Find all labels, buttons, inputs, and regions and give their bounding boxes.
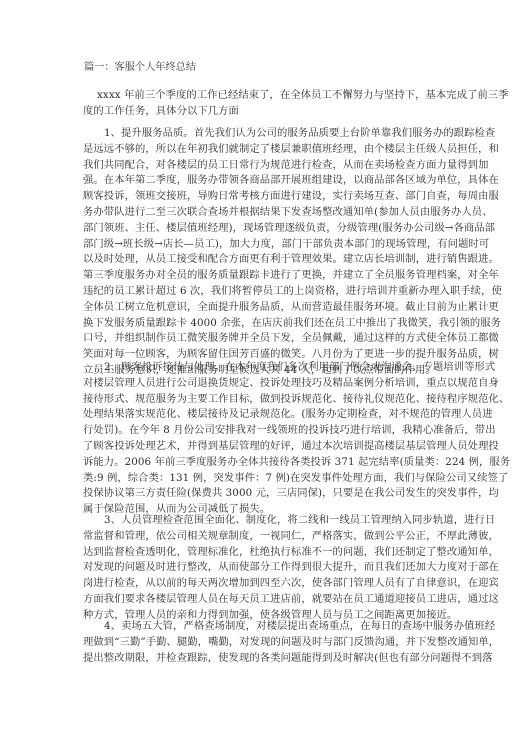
intro-line: xxxx 年前三个季度的工作已经结束了，在全体员工不懈努力与坚持下，基本完成了前… [83,88,463,104]
paragraph-line: 诉能力。2006 年前三季度服务办全体共接待各类投诉 371 起完结率(质量类：… [83,455,463,471]
paragraph-line: 处理结果落实规范化、楼层接待及记录规范化。(服务办定期检查，对不规范的管理人员进 [83,407,463,423]
paragraph-line: 对楼层管理人员进行公司退换货规定、投诉处理技巧及精品案例分析培训，重点以规范自身 [83,376,463,392]
paragraph-line: 类:9 例，综合类：131 例，突发事件：7 例)在突发事件处理方面，我们与保险… [83,471,463,487]
paragraph-line: 4、卖场五大管，严格查场制度，对楼层提出查场重点，在每日的查场中服务办值班经 [83,619,463,635]
paragraph-line: 是远远不够的，所以在年初我们就制定了楼层兼职值班经理，由个楼层主任级人员担任，和 [83,142,463,158]
paragraph-3-staff-management: 3、人员管理检查范围全面化、制度化，将二线和一线员工管理纳入同步轨道，进行日 常… [83,513,463,624]
paragraph-line: 行处罚)。在今年 8 月份公司安排我对一线领班的投诉技巧进行培训，我精心准备后，… [83,423,463,439]
paragraph-line: 了顾客投诉处理艺术，并得到基层管理的好评，通过本次培训提高楼层基层管理人员处理投 [83,439,463,455]
paragraph-line: 我们共同配合，对各楼层的员工日常行为规范进行检查，从而在卖场检查方面力量得到加 [83,158,463,174]
paragraph-line: 方面我们要求各楼层管理人员在每天员工进店前，就要站在员工通道迎接员工进店，通过这 [83,592,463,608]
paragraph-line: 3、人员管理检查范围全面化、制度化，将二线和一线员工管理纳入同步轨道，进行日 [83,513,463,529]
paragraph-line: 部门领班、主任、楼层值班经理)，现场管理逐级负责，分级管理(服务办公司级→各商品… [83,221,463,237]
paragraph-line: 换下发服务质量跟踪卡 4000 余张，在店庆前我们还在员工中推出了我微笑，我引领… [83,316,463,332]
paragraph-line: 接待形式、规范服务为主要工作目标，做到投诉规范化、接待礼仪规范化、接待程序规范化… [83,392,463,408]
document-page: 篇一：客服个人年终总结 xxxx 年前三个季度的工作已经结束了，在全体员工不懈努… [0,0,520,735]
paragraph-4-floor-inspection: 4、卖场五大管，严格查场制度，对楼层提出查场重点，在每日的查场中服务办值班经 理… [83,619,463,666]
intro-line: 度的工作任务，具体分以下几方面 [83,104,463,120]
paragraph-line: 1、提升服务品质。首先我们认为公司的服务品质要上台阶单靠我们服务办的跟踪检查 [83,126,463,142]
paragraph-line: 达到监督检查透明化，管理标准化，杜绝执行标准不一的问题，我们还制定了整改通知单， [83,545,463,561]
paragraph-line: 强。在本年第二季度，服务办带领各商品部开展班组建设，以商品部各区域为单位，具体在 [83,173,463,189]
paragraph-line: 岗进行检查，从以前的每天两次增加到四至六次，使各部门管理人员有了自律意识，在迎宾 [83,576,463,592]
paragraph-1-service-quality: 1、提升服务品质。首先我们认为公司的服务品质要上台阶单靠我们服务办的跟踪检查 是… [83,126,463,379]
paragraph-line: 对发现的问题及时进行整改，从而使部分工作得到很大提升，而且我们还加大力度对于部在 [83,560,463,576]
paragraph-line: 全体员工树立危机意识，全面提升服务品质，从而营造最佳服务环境。截止目前为止累计更 [83,300,463,316]
document-title: 篇一：客服个人年终总结 [84,61,196,75]
paragraph-line: 第三季度服务办对全员的服务质量跟踪卡进行了更换，并建立了全员服务管理档案，对全年 [83,268,463,284]
paragraph-line: 部门级→班长级→店长—员工)，加大力度，部门干部负责本部门的现场管理，有问题时可 [83,237,463,253]
intro-paragraph: xxxx 年前三个季度的工作已经结束了，在全体员工不懈努力与坚持下，基本完成了前… [83,88,463,120]
paragraph-line: 2、顾客投诉接待与处理。在本年度我们多次利用部门例会或沟通会、专题培训等形式 [83,360,463,376]
paragraph-2-complaint-handling: 2、顾客投诉接待与处理。在本年度我们多次利用部门例会或沟通会、专题培训等形式 对… [83,360,463,518]
paragraph-line: 理做到“三勤”手勤、腿勤，嘴勤，对发现的问题及时与部门反馈沟通，并下发整改通知单… [83,635,463,651]
paragraph-line: 顾客投诉，领班交接班，导购日常考核方面进行建设，实行卖场互查、部门自查，每周由服 [83,189,463,205]
paragraph-line: 违纪的员工累计超过 6 次，我们将暂停员工的上岗资格，进行培训并重新办理入职手续… [83,284,463,300]
paragraph-line: 常监督和管理，依公司相关规章制度，一视同仁，严格落实，做到公平公正，不厚此薄彼， [83,529,463,545]
paragraph-line: 投保协议第三方责任险(保费共 3000 元，三店同保)，只要是在我公司发生的突发… [83,486,463,502]
paragraph-line: 口号，并组织制作员工微笑服务牌并全员下发，全员佩戴，通过这样的方式使全体员工都微 [83,331,463,347]
paragraph-line: 以及时处理，从员工接受和配合方面更有利于管理效果。建立店长培训制，进行销售跟进。 [83,252,463,268]
paragraph-line: 提出整改期限，并检查跟踪，使发现的各类问题能得到及时解决(但也有部分问题得不到落 [83,651,463,667]
paragraph-line: 务办带队进行二至三次联合查场并根据结果下发查场整改通知单(参加人员由服务办人员、 [83,205,463,221]
